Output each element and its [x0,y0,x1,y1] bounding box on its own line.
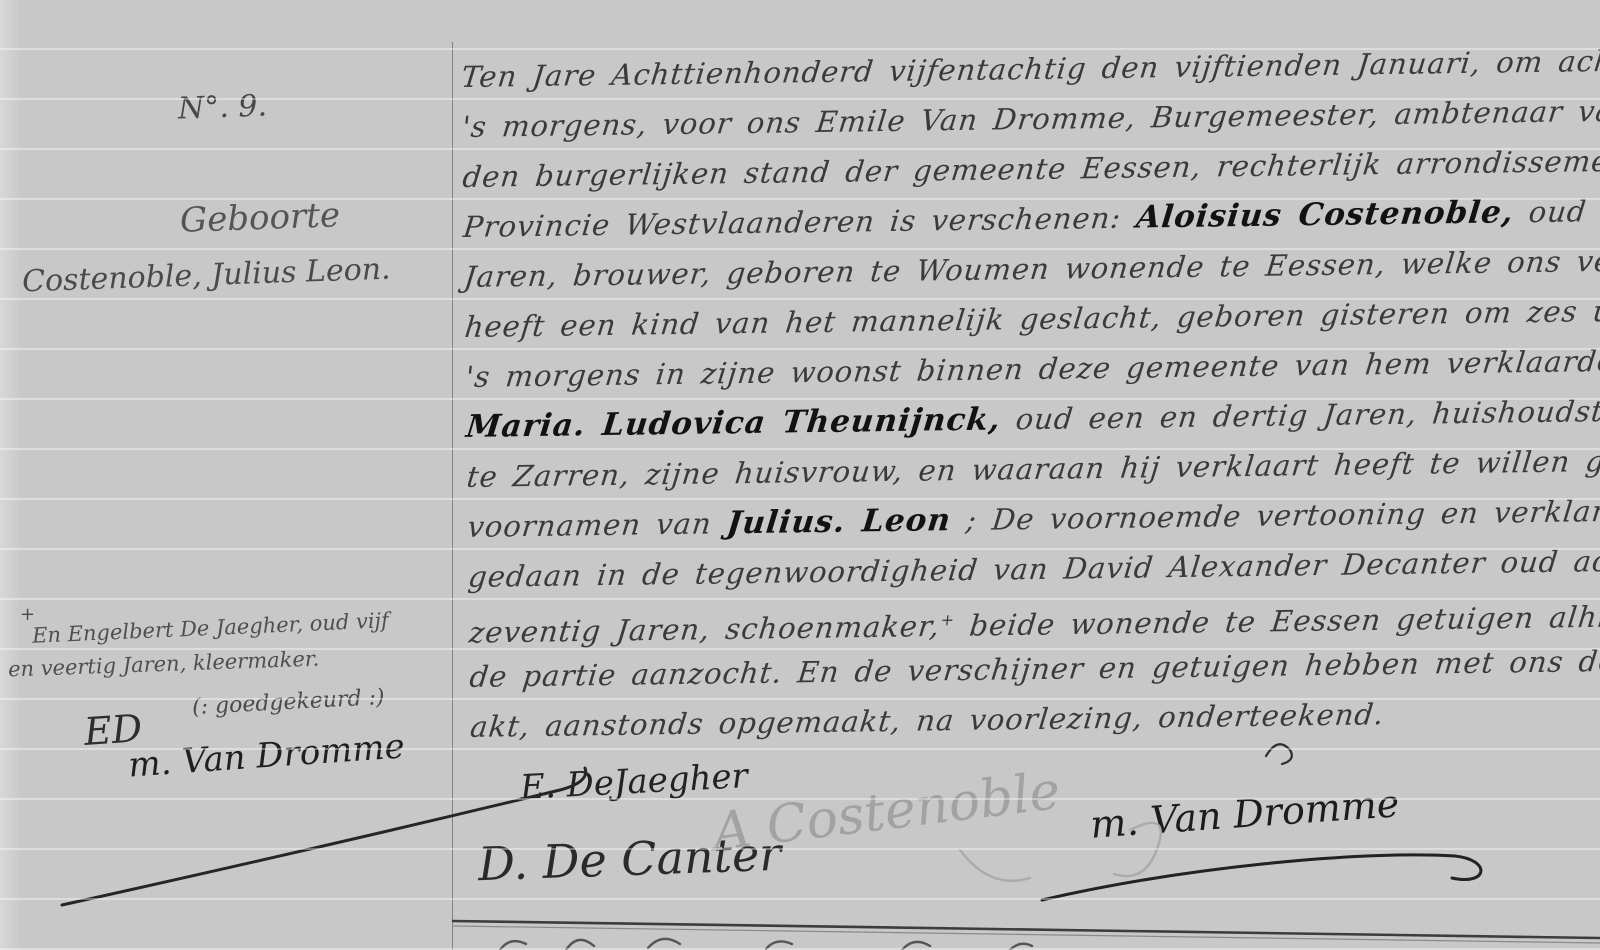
margin-note-approval: (: goedgekeurd :) [191,685,385,720]
margin-officer-signature: m. Van Dromme [127,726,406,785]
next-act-partial-strokes [500,939,1032,950]
signature-officer-vandromme: m. Van Dromme [1089,781,1401,846]
scanned-birth-record-page: N°. 9. Geboorte Costenoble, Julius Leon.… [0,0,1600,950]
mother-name: Maria. Ludovica Theunijnck, [464,401,1002,445]
margin-note-line-1: En Engelbert De Jaegher, oud vijf [32,608,390,648]
officer-signature-curl [1266,744,1292,764]
signature-father-costenoble-faint: A Costenoble [710,761,1064,863]
child-given-names: Julius. Leon [725,502,953,541]
father-name: Aloisius Costenoble, [1135,194,1516,235]
margin-divider-line [452,42,453,950]
act-subject-name: Costenoble, Julius Leon. [22,252,392,300]
margin-note-reference-mark: + [20,604,35,625]
scan-left-edge [0,0,20,950]
act-separator-rule [452,921,1600,943]
act-body-text: Ten Jare Achttienhonderd vijfentachtig d… [458,36,1600,752]
officer-signature-flourish [1042,855,1481,900]
act-type-label: Geboorte [179,195,340,241]
act-number: N°. 9. [177,88,267,126]
margin-note-line-2: en veertig Jaren, kleermaker. [8,647,320,682]
signature-witness-dejaegher: E. DeJaegher [519,756,749,808]
